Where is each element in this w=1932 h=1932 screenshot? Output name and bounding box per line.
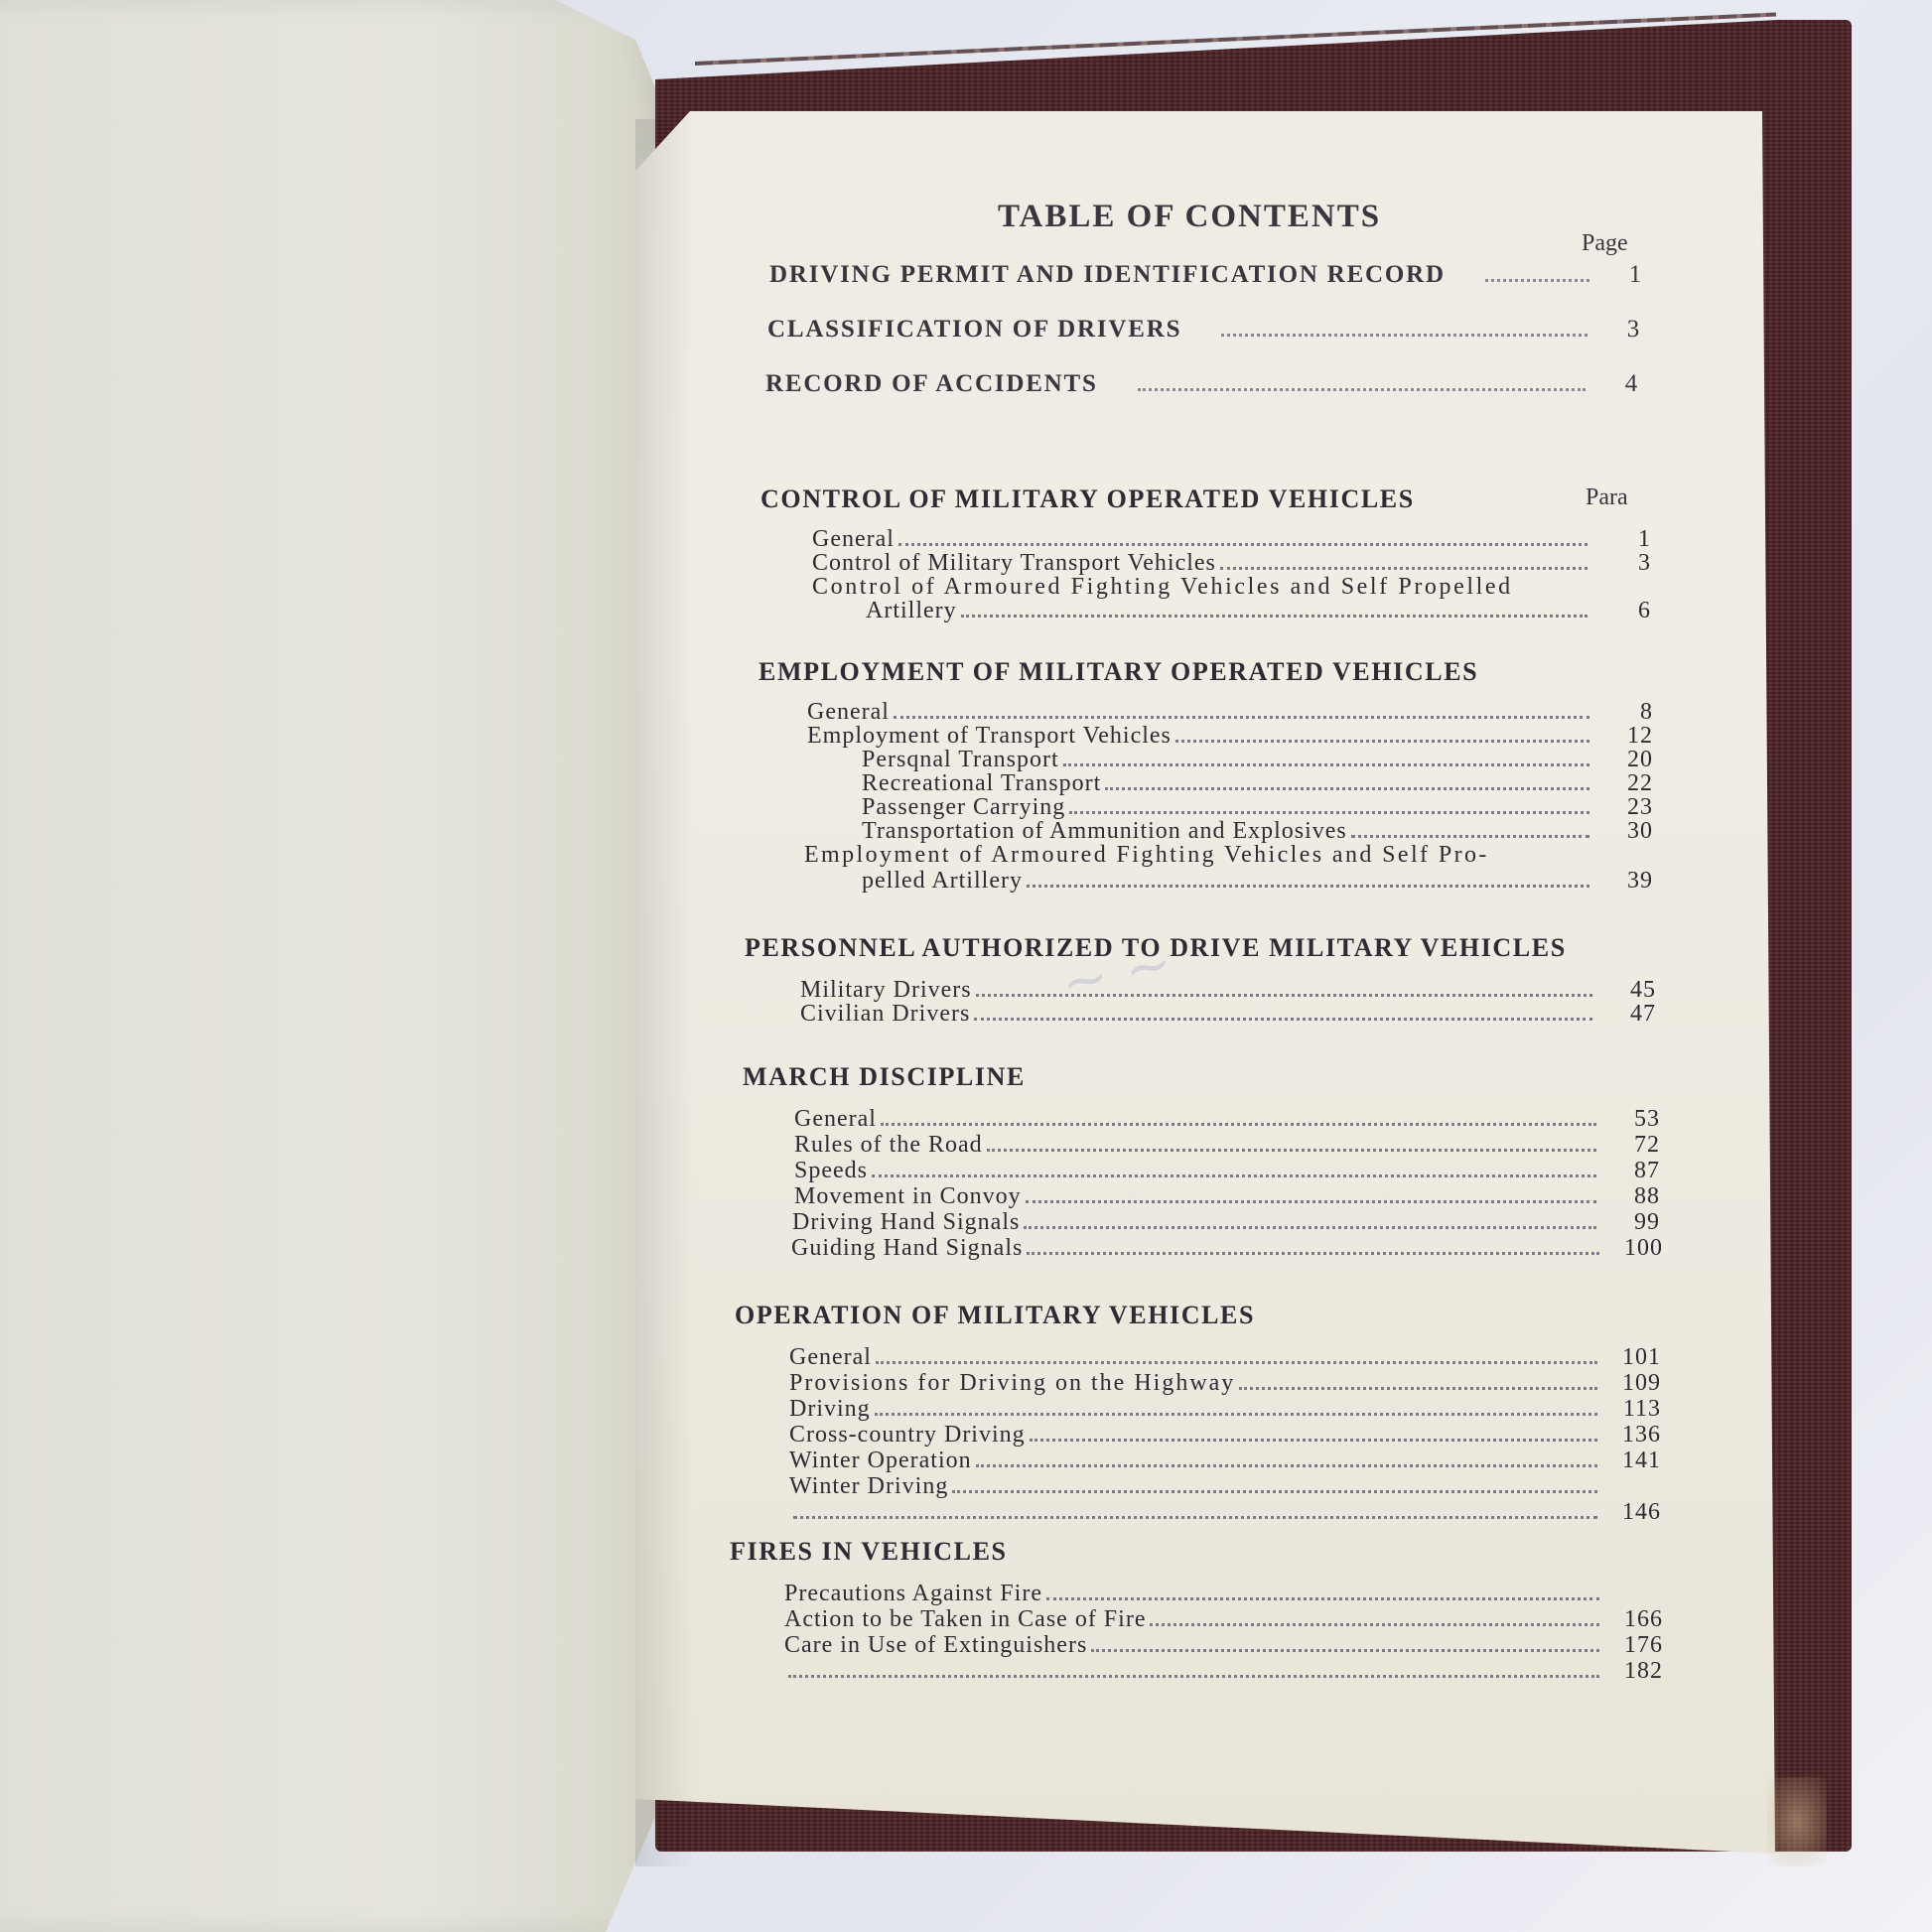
- entry-label: Cross-country Driving: [789, 1422, 1026, 1449]
- dot-leader: [1046, 1597, 1599, 1600]
- para-number: 176: [1613, 1632, 1663, 1659]
- dot-leader: [788, 1675, 1599, 1678]
- toc-entry: Care in Use of Extinguishers176: [784, 1632, 1663, 1658]
- page-title: TABLE OF CONTENTS: [998, 199, 1381, 235]
- toc-entry: Control of Military Transport Vehicles3: [812, 550, 1651, 576]
- para-number: 45: [1606, 977, 1656, 1004]
- entry-label: Persqnal Transport: [862, 747, 1059, 773]
- entry-label: Action to be Taken in Case of Fire: [784, 1606, 1146, 1633]
- toc-entry: Recreational Transport22: [862, 770, 1653, 796]
- entry-label: Winter Operation: [789, 1448, 972, 1474]
- dot-leader: [1027, 885, 1589, 888]
- entry-label: General: [789, 1344, 872, 1371]
- entry-label: Civilian Drivers: [800, 1001, 970, 1028]
- dot-leader: [1138, 388, 1586, 391]
- entry-label: Rules of the Road: [794, 1132, 983, 1159]
- dot-leader: [1485, 279, 1589, 282]
- toc-entry: Movement in Convoy88: [794, 1183, 1660, 1209]
- dot-leader: [1239, 1387, 1597, 1390]
- para-number: 53: [1610, 1106, 1660, 1133]
- entry-label: Control of Military Transport Vehicles: [812, 550, 1216, 577]
- entry-label: General: [812, 526, 895, 553]
- table-of-contents: TABLE OF CONTENTS Page DRIVING PERMIT AN…: [0, 0, 1932, 1932]
- toc-entry: General1: [812, 526, 1651, 552]
- para-number: 1: [1601, 526, 1651, 553]
- toc-entry: Guiding Hand Signals100: [791, 1235, 1663, 1261]
- toc-entry: Driving113: [789, 1396, 1661, 1422]
- entry-label: Transportation of Ammunition and Explosi…: [862, 818, 1347, 845]
- dot-leader: [987, 1149, 1596, 1152]
- entry-label: Precautions Against Fire: [784, 1581, 1042, 1607]
- dot-leader: [876, 1361, 1597, 1364]
- page-number: 4: [1599, 370, 1639, 398]
- para-number: 6: [1601, 598, 1651, 624]
- para-column-label: Para: [1586, 484, 1628, 511]
- entry-label: pelled Artillery: [862, 868, 1023, 895]
- section-heading: MARCH DISCIPLINE: [743, 1062, 1026, 1092]
- toc-entry: Winter Driving: [789, 1473, 1661, 1499]
- toc-entry: Employment of Armoured Fighting Vehicles…: [804, 842, 1653, 868]
- front-matter-label: RECORD OF ACCIDENTS: [765, 370, 1098, 398]
- para-number: 146: [1611, 1499, 1661, 1526]
- toc-entry: 182: [784, 1658, 1663, 1684]
- entry-label: Driving Hand Signals: [792, 1209, 1020, 1236]
- para-number: 12: [1603, 723, 1653, 750]
- section-heading: EMPLOYMENT OF MILITARY OPERATED VEHICLES: [759, 657, 1478, 687]
- dot-leader: [872, 1174, 1596, 1177]
- toc-entry: Civilian Drivers47: [800, 1001, 1656, 1027]
- entry-label: Control of Armoured Fighting Vehicles an…: [812, 574, 1513, 601]
- toc-entry: pelled Artillery39: [862, 868, 1653, 894]
- entry-label: Employment of Transport Vehicles: [807, 723, 1172, 750]
- toc-entry: Precautions Against Fire: [784, 1581, 1663, 1606]
- para-number: 182: [1613, 1658, 1663, 1685]
- entry-label: Care in Use of Extinguishers: [784, 1632, 1087, 1659]
- entry-label: General: [807, 699, 890, 726]
- page-number: 3: [1601, 316, 1641, 344]
- dot-leader: [1175, 740, 1589, 743]
- toc-entry: Artillery6: [866, 598, 1651, 623]
- toc-entry: General8: [807, 699, 1653, 725]
- toc-entry: 146: [789, 1499, 1661, 1525]
- para-number: 99: [1610, 1209, 1660, 1236]
- dot-leader: [1351, 835, 1589, 838]
- para-number: 136: [1611, 1422, 1661, 1449]
- entry-label: Recreational Transport: [862, 770, 1101, 797]
- para-number: 141: [1611, 1448, 1661, 1474]
- toc-entry: Driving Hand Signals99: [792, 1209, 1660, 1235]
- front-matter-label: CLASSIFICATION OF DRIVERS: [767, 316, 1181, 344]
- dot-leader: [952, 1490, 1597, 1493]
- dot-leader: [1024, 1226, 1596, 1229]
- para-number: 22: [1603, 770, 1653, 797]
- entry-label: Artillery: [866, 598, 957, 624]
- dot-leader: [894, 716, 1589, 719]
- page-number: 1: [1603, 261, 1643, 289]
- dot-leader: [881, 1123, 1596, 1126]
- section-heading: PERSONNEL AUTHORIZED TO DRIVE MILITARY V…: [745, 933, 1567, 963]
- entry-label: Military Drivers: [800, 977, 972, 1004]
- dot-leader: [793, 1516, 1597, 1519]
- para-number: 88: [1610, 1183, 1660, 1210]
- para-number: 72: [1610, 1132, 1660, 1159]
- dot-leader: [1150, 1623, 1599, 1626]
- dot-leader: [961, 615, 1587, 618]
- toc-entry: Speeds87: [794, 1158, 1660, 1183]
- para-number: 113: [1611, 1396, 1661, 1423]
- dot-leader: [976, 1464, 1597, 1467]
- section-heading: CONTROL OF MILITARY OPERATED VEHICLES: [760, 484, 1415, 514]
- para-number: 47: [1606, 1001, 1656, 1028]
- page-column-label: Page: [1582, 230, 1628, 257]
- toc-entry: Action to be Taken in Case of Fire166: [784, 1606, 1663, 1632]
- toc-entry: Persqnal Transport20: [862, 747, 1653, 772]
- front-matter-row: DRIVING PERMIT AND IDENTIFICATION RECORD…: [769, 261, 1643, 295]
- dot-leader: [1026, 1200, 1596, 1203]
- toc-entry: Cross-country Driving136: [789, 1422, 1661, 1448]
- front-matter-row: RECORD OF ACCIDENTS 4: [765, 370, 1639, 404]
- front-matter-label: DRIVING PERMIT AND IDENTIFICATION RECORD: [769, 261, 1446, 289]
- dot-leader: [875, 1413, 1597, 1416]
- entry-label: Speeds: [794, 1158, 868, 1184]
- toc-entry: Military Drivers45: [800, 977, 1656, 1003]
- dot-leader: [1105, 787, 1589, 790]
- dot-leader: [976, 994, 1592, 997]
- para-number: 100: [1613, 1235, 1663, 1262]
- dot-leader: [1030, 1439, 1597, 1442]
- dot-leader: [1221, 334, 1587, 337]
- dot-leader: [1091, 1649, 1599, 1652]
- para-number: 87: [1610, 1158, 1660, 1184]
- dot-leader: [898, 543, 1587, 546]
- para-number: 8: [1603, 699, 1653, 726]
- dot-leader: [974, 1018, 1592, 1021]
- para-number: 3: [1601, 550, 1651, 577]
- toc-entry: General53: [794, 1106, 1660, 1132]
- toc-entry: General101: [789, 1344, 1661, 1370]
- toc-entry: Provisions for Driving on the Highway109: [789, 1370, 1661, 1396]
- section-heading: OPERATION OF MILITARY VEHICLES: [735, 1301, 1255, 1330]
- toc-entry: Passenger Carrying23: [862, 794, 1653, 820]
- para-number: 20: [1603, 747, 1653, 773]
- dot-leader: [1063, 763, 1589, 766]
- toc-entry: Transportation of Ammunition and Explosi…: [862, 818, 1653, 844]
- para-number: 30: [1603, 818, 1653, 845]
- para-number: 23: [1603, 794, 1653, 821]
- entry-label: Employment of Armoured Fighting Vehicles…: [804, 842, 1489, 869]
- toc-entry: Control of Armoured Fighting Vehicles an…: [812, 574, 1651, 600]
- para-number: 39: [1603, 868, 1653, 895]
- para-number: 166: [1613, 1606, 1663, 1633]
- entry-label: General: [794, 1106, 877, 1133]
- para-number: 109: [1611, 1370, 1661, 1397]
- entry-label: Provisions for Driving on the Highway: [789, 1370, 1235, 1397]
- entry-label: Winter Driving: [789, 1473, 948, 1500]
- toc-entry: Employment of Transport Vehicles12: [807, 723, 1653, 749]
- toc-entry: Rules of the Road72: [794, 1132, 1660, 1158]
- toc-entry: Winter Operation141: [789, 1448, 1661, 1473]
- entry-label: Passenger Carrying: [862, 794, 1065, 821]
- dot-leader: [1220, 567, 1587, 570]
- entry-label: Guiding Hand Signals: [791, 1235, 1023, 1262]
- front-matter-row: CLASSIFICATION OF DRIVERS 3: [767, 316, 1641, 349]
- dot-leader: [1069, 811, 1589, 814]
- entry-label: Driving: [789, 1396, 871, 1423]
- entry-label: Movement in Convoy: [794, 1183, 1022, 1210]
- section-heading: FIRES IN VEHICLES: [730, 1537, 1008, 1567]
- para-number: 101: [1611, 1344, 1661, 1371]
- dot-leader: [1027, 1252, 1599, 1255]
